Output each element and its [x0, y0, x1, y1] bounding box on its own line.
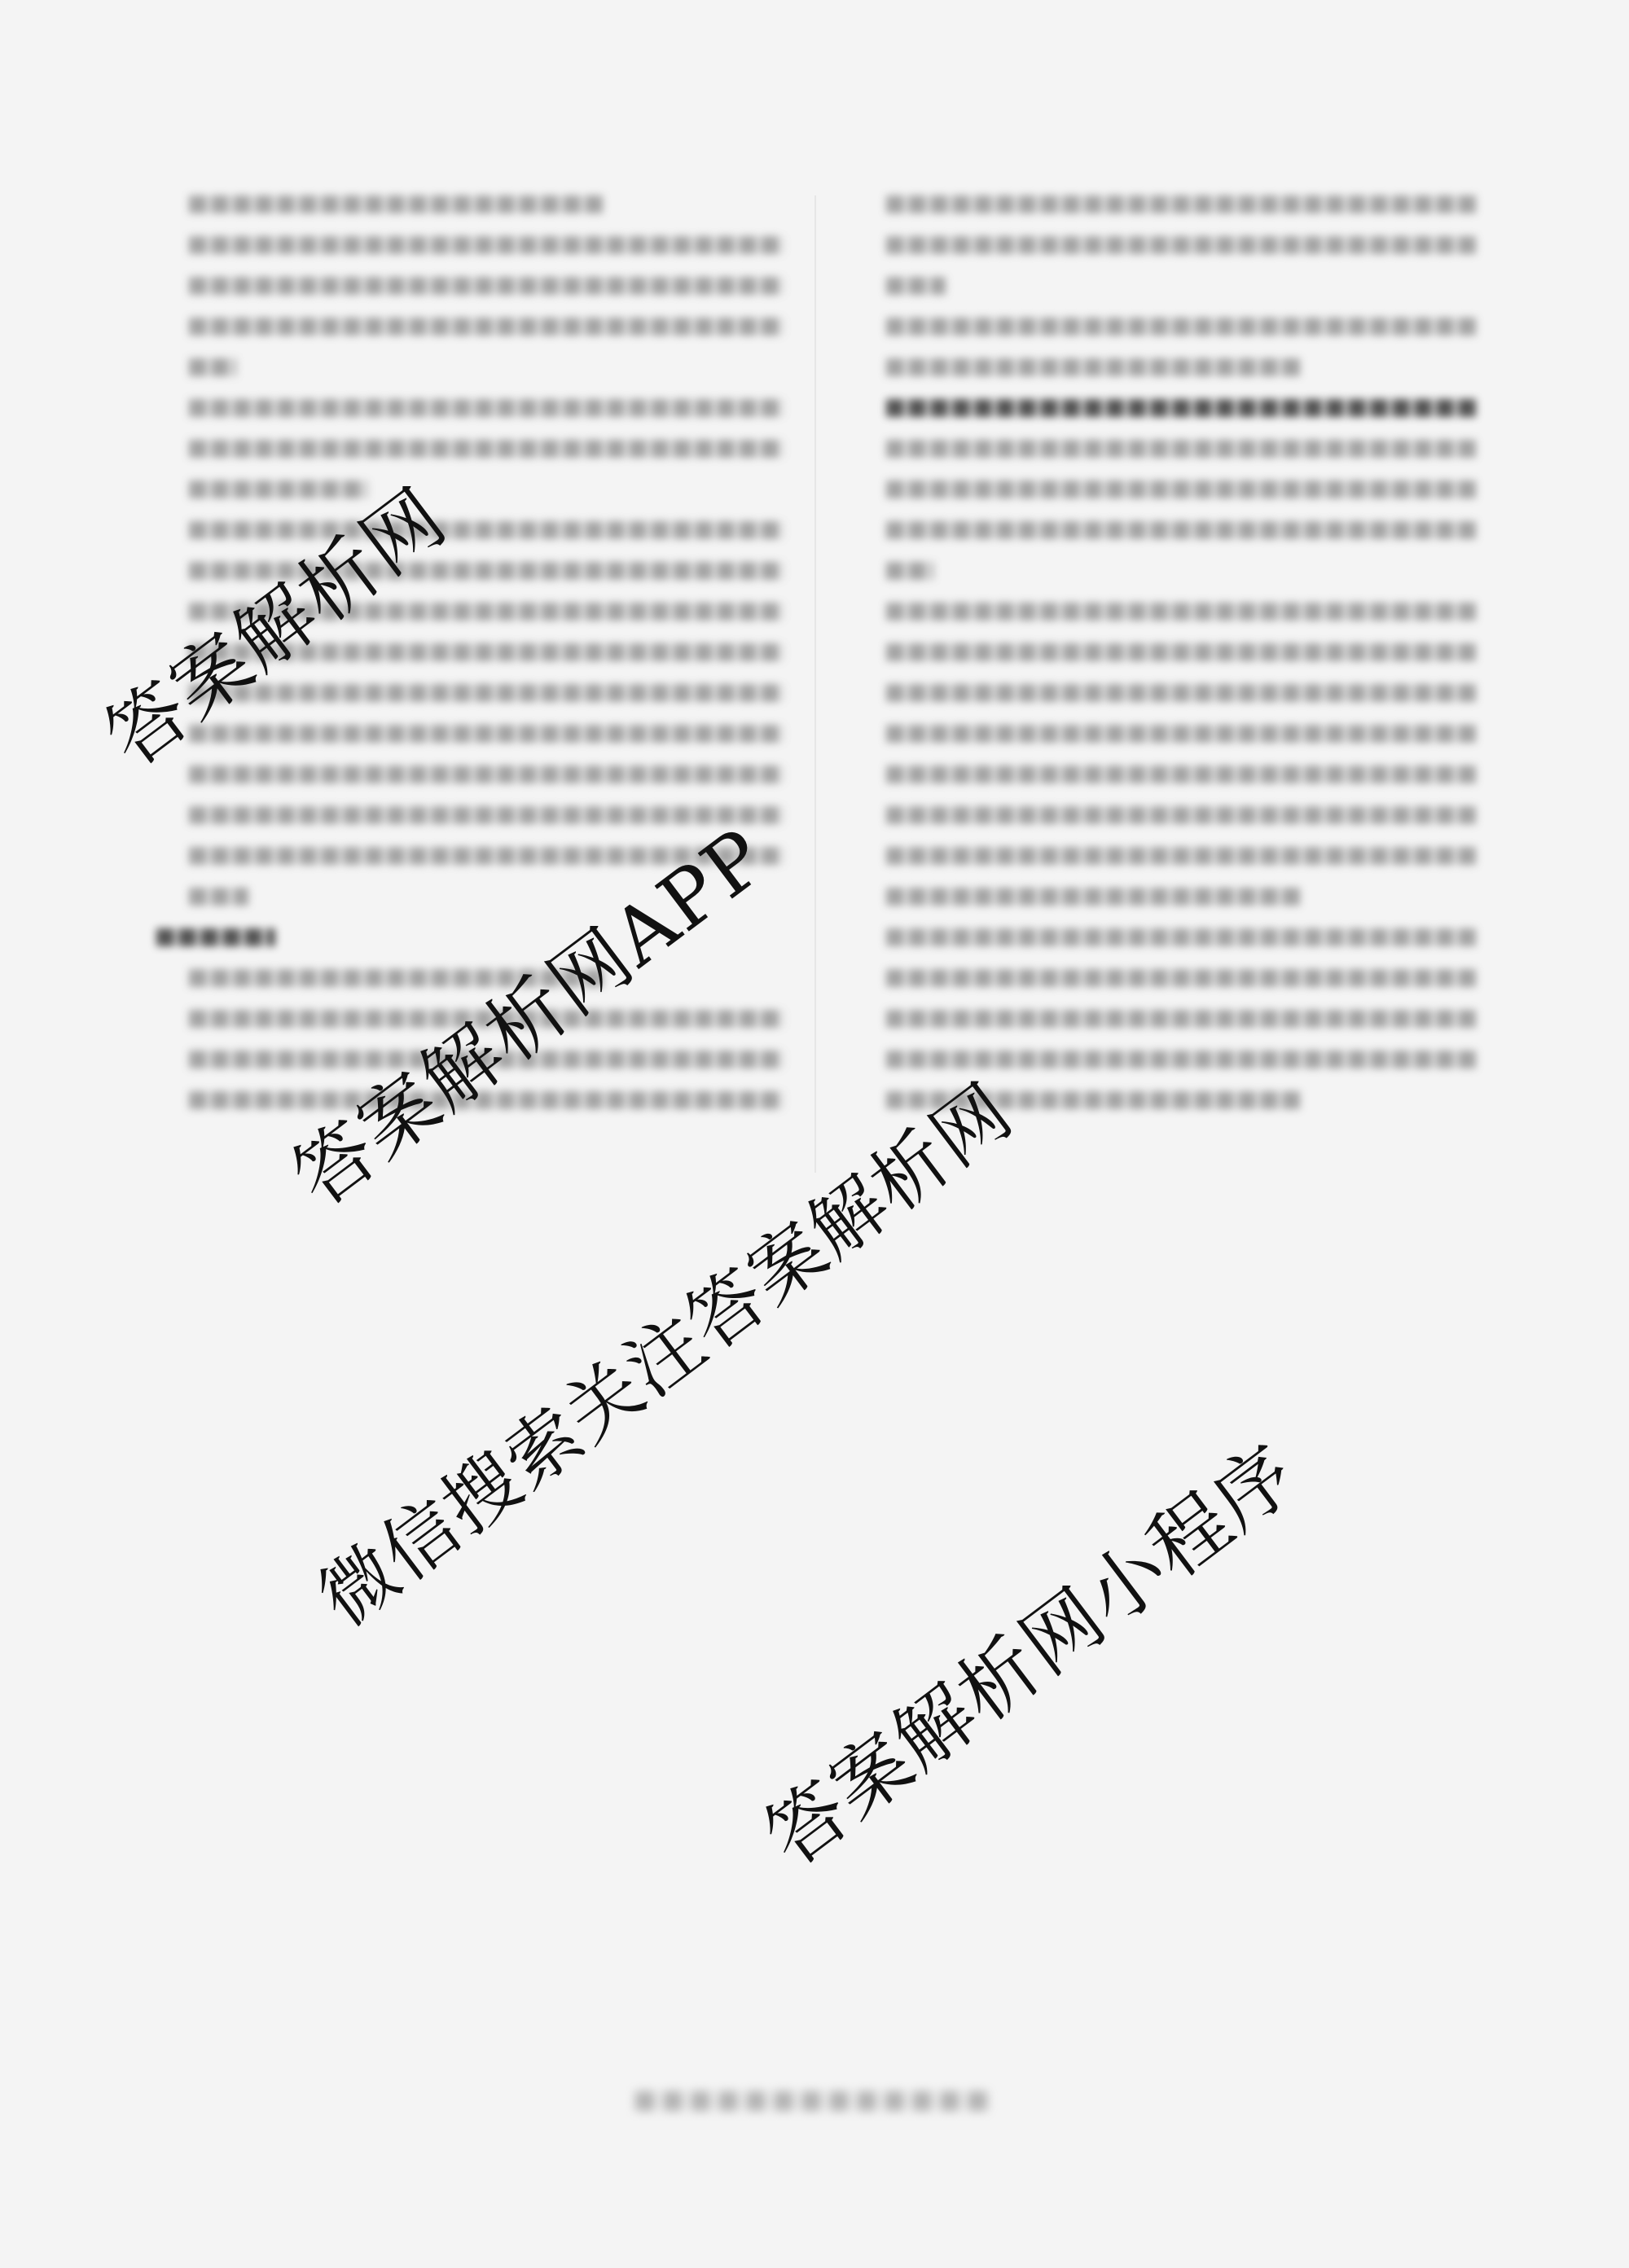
- text-line: [886, 684, 1477, 702]
- text-line: [886, 318, 1477, 336]
- text-line: [189, 766, 784, 783]
- text-line: [189, 440, 784, 458]
- text-line: [886, 643, 1477, 661]
- text-line: [886, 847, 1477, 865]
- text-line: [886, 195, 1477, 213]
- text-line: [886, 1010, 1477, 1028]
- text-line: [189, 358, 236, 376]
- text-line: [189, 277, 784, 295]
- text-line: [886, 806, 1477, 824]
- section-heading: [886, 399, 1477, 417]
- text-line: [886, 521, 1477, 539]
- section-heading: [156, 928, 275, 946]
- text-line: [189, 236, 784, 254]
- text-line: [886, 562, 933, 580]
- text-line: [189, 888, 248, 906]
- text-line: [886, 480, 1477, 498]
- watermark: 答案解析网小程序: [740, 1414, 1317, 1887]
- text-line: [886, 358, 1300, 376]
- text-line: [189, 480, 367, 498]
- column-divider: [814, 195, 816, 1173]
- text-line: [189, 195, 605, 213]
- text-line: [189, 399, 784, 417]
- text-line: [886, 888, 1300, 906]
- text-line: [886, 236, 1477, 254]
- text-line: [886, 277, 946, 295]
- text-line: [886, 440, 1477, 458]
- text-line: [189, 318, 784, 336]
- text-line: [886, 928, 1477, 946]
- text-line: [189, 521, 784, 539]
- text-line: [886, 969, 1477, 987]
- right-text-column: [886, 195, 1477, 1132]
- text-line: [886, 766, 1477, 783]
- text-line: [886, 603, 1477, 621]
- page-footer: [635, 2091, 994, 2111]
- text-line: [886, 725, 1477, 743]
- text-line: [189, 725, 784, 743]
